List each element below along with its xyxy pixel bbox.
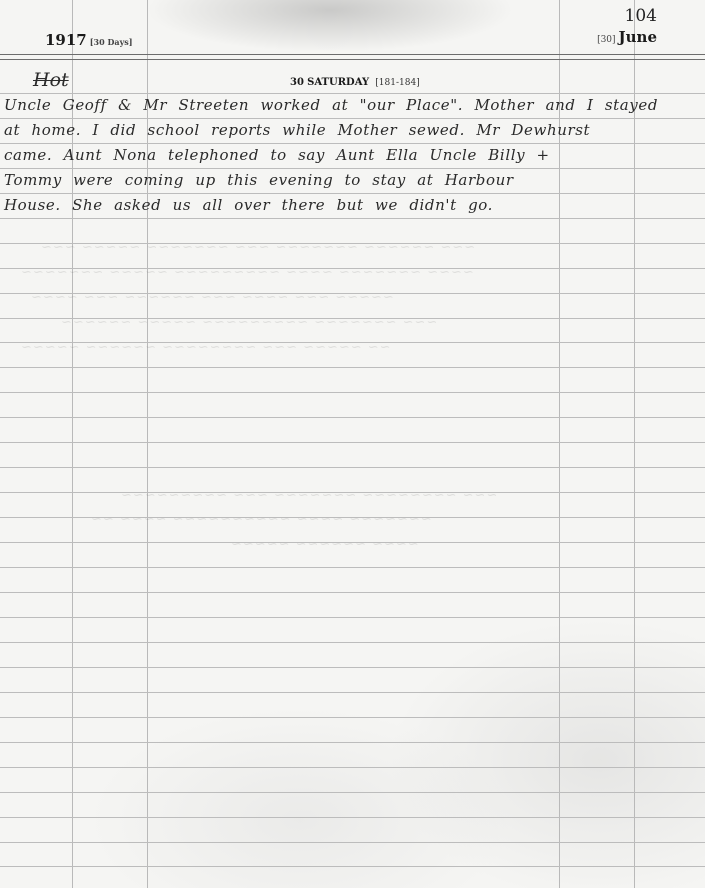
- year: 1917: [45, 31, 87, 49]
- ruled-line: [0, 467, 705, 468]
- ruled-line: [0, 642, 705, 643]
- month-day-count: [30]: [597, 35, 615, 45]
- ruled-line: [0, 767, 705, 768]
- diary-page: 1917[30 Days] 104 [30]June Hot 30 SATURD…: [0, 0, 705, 888]
- header-year-block: 1917[30 Days]: [45, 30, 133, 49]
- ruled-line: [0, 742, 705, 743]
- bleed-through-text: ~~~ ~~~~~~ ~~~~~~~ ~~~ ~~~~~~~ ~~~~~ ~~~: [40, 240, 475, 255]
- day-range: [181-184]: [375, 78, 419, 88]
- entry-line: Uncle Geoff & Mr Streeten worked at "our…: [4, 93, 658, 118]
- page-number: 104: [625, 6, 657, 26]
- ruled-line: [0, 667, 705, 668]
- days-in-month: [30 Days]: [90, 37, 133, 47]
- entry-line: at home. I did school reports while Moth…: [4, 118, 590, 143]
- header-double-rule: [0, 54, 705, 60]
- date-number: 30: [290, 77, 304, 88]
- weather-note: Hot: [33, 69, 69, 91]
- bleed-through-text: ~~~ ~~~~~~~ ~~~~~~~~~ ~~~~~ ~~~~~~: [60, 315, 437, 330]
- bleed-through-text: ~~~~ ~~~~~~~ ~~~~ ~~~~~~~~~ ~~~~~ ~~~~~~…: [20, 265, 474, 280]
- ruled-line: [0, 442, 705, 443]
- entry-line: House. She asked us all over there but w…: [4, 193, 493, 218]
- bleed-through-text: ~~~~~~~ ~~~~ ~~~~~~~~~~ ~~~~ ~~: [90, 512, 432, 527]
- ruled-line: [0, 792, 705, 793]
- entry-line: Tommy were coming up this evening to sta…: [4, 168, 514, 193]
- vertical-rule: [634, 0, 635, 888]
- ruled-line: [0, 417, 705, 418]
- date-heading: 30 SATURDAY [181-184]: [290, 77, 420, 88]
- bleed-through-text: ~~ ~~~~~ ~~~ ~~~~~~~~ ~~~~~~ ~~~~~: [20, 340, 391, 355]
- ruled-line: [0, 692, 705, 693]
- ruled-line: [0, 866, 705, 867]
- ruled-line: [0, 617, 705, 618]
- header-month-block: [30]June: [597, 27, 657, 46]
- ruled-line: [0, 817, 705, 818]
- ruled-line: [0, 218, 705, 219]
- weekday: SATURDAY: [307, 77, 369, 88]
- bleed-through-text: ~~~~ ~~~~~~ ~~~~~: [230, 537, 419, 552]
- ruled-line: [0, 842, 705, 843]
- bleed-through-text: ~~~~~ ~~~ ~~~~ ~~~ ~~~~~~ ~~~ ~~~~: [30, 290, 394, 305]
- ruled-line: [0, 367, 705, 368]
- ruled-line: [0, 717, 705, 718]
- ruled-line: [0, 567, 705, 568]
- entry-line: came. Aunt Nona telephoned to say Aunt E…: [4, 143, 550, 168]
- month-name: June: [619, 28, 657, 46]
- ruled-line: [0, 592, 705, 593]
- bleed-through-text: ~~~ ~~~~~~~~ ~~~~~~~ ~~~ ~~~~~~~~~: [120, 488, 497, 503]
- ruled-line: [0, 392, 705, 393]
